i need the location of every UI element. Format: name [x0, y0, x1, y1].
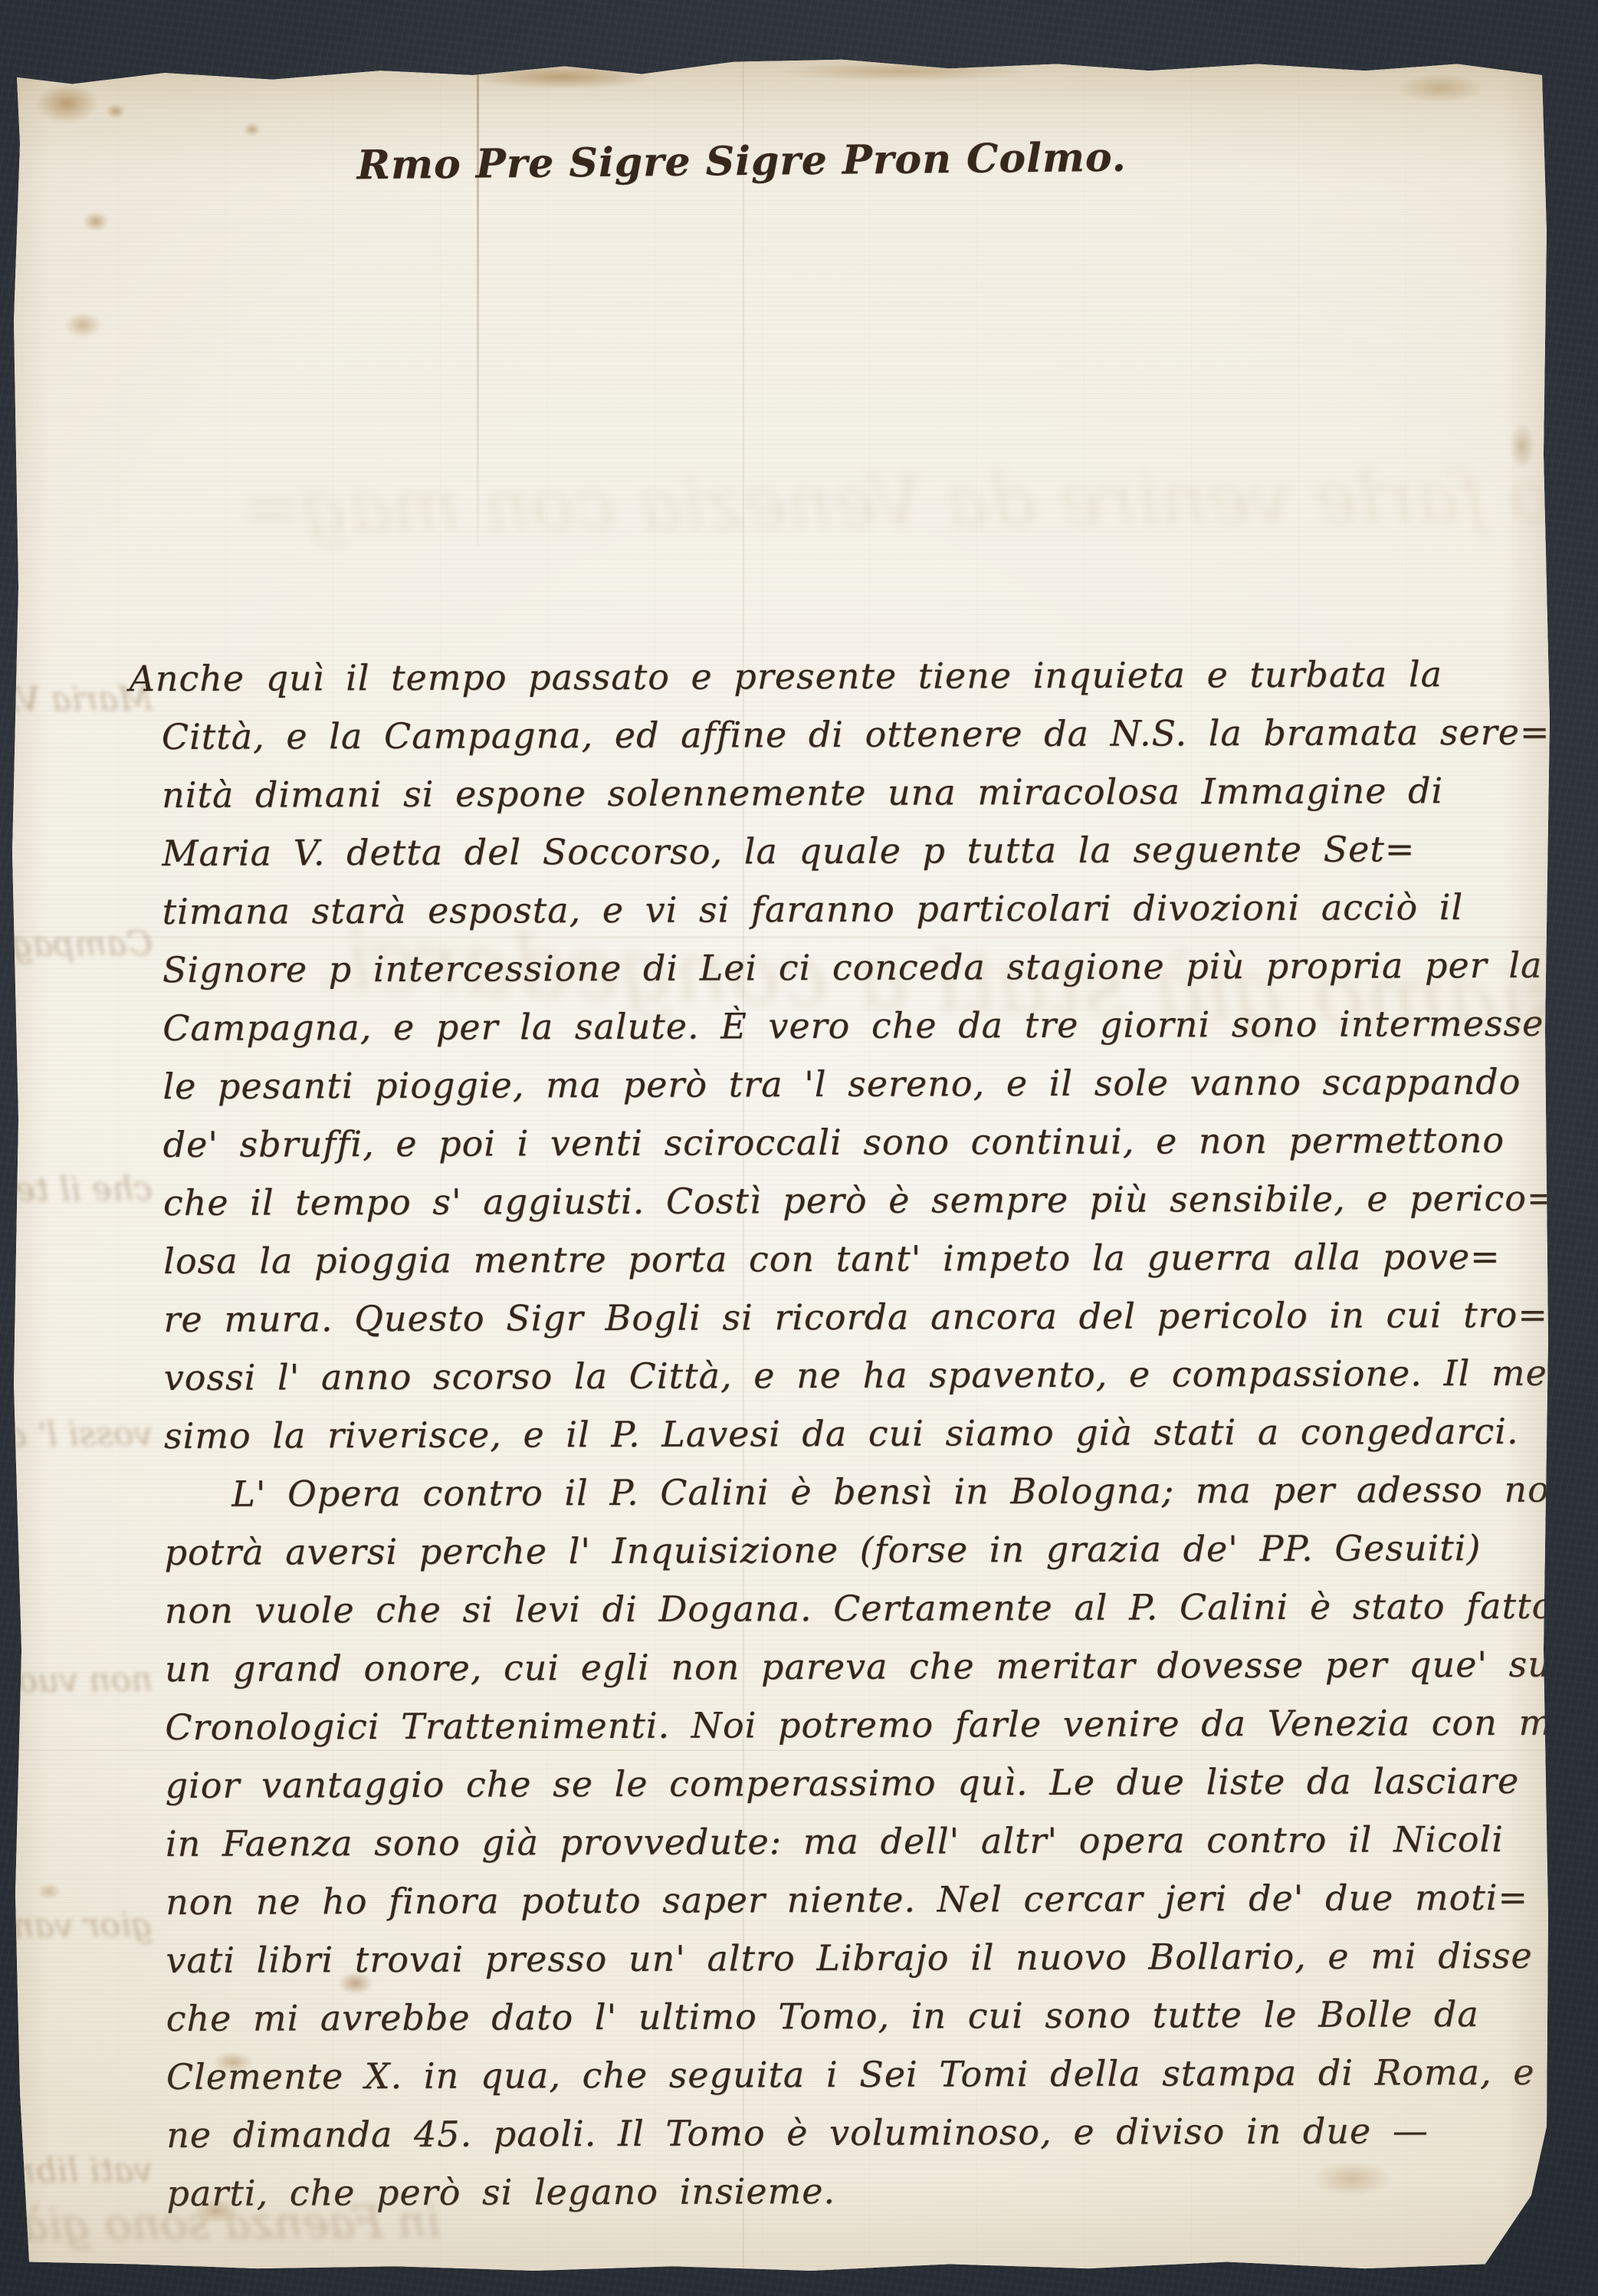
manuscript-page: Maria V. detta del Soccorso, la quale p …: [11, 55, 1550, 2271]
letter-line: che mi avrebbe dato l' ultimo Tomo, in c…: [166, 1985, 1523, 2048]
foxing-stain: [440, 60, 685, 94]
letter-line: potrà aversi perche l' Inquisizione (for…: [164, 1519, 1521, 1582]
foxing-stain: [1383, 69, 1498, 107]
letter-line: Clemente X. in qua, che seguita i Sei To…: [166, 2043, 1523, 2106]
foxing-stain: [34, 1880, 64, 1903]
foxing-stain: [739, 58, 1068, 84]
letter-line: ne dimanda 45. paoli. Il Tomo è volumino…: [166, 2101, 1523, 2164]
foxing-stain: [25, 77, 109, 130]
letter-line: un grand onore, cui egli non pareva che …: [165, 1635, 1521, 1698]
letter-line: Cronologici Trattenimenti. Noi potremo f…: [165, 1693, 1521, 1756]
letter-line: re mura. Questo Sigr Bogli si ricorda an…: [163, 1286, 1520, 1348]
letter-line: Campagna, e per la salute. È vero che da…: [162, 994, 1519, 1057]
letter-line: in Faenza sono già provvedute: ma dell' …: [166, 1810, 1522, 1873]
foxing-stain: [58, 308, 107, 342]
letter-line: le pesanti pioggie, ma però tra 'l seren…: [162, 1053, 1519, 1115]
letter-line: Maria V. detta del Soccorso, la quale p …: [162, 820, 1518, 882]
letter-body: Anche quì il tempo passato e presente ti…: [115, 645, 1523, 2222]
letter-line: Signore p intercessione di Lei ci conced…: [162, 936, 1519, 999]
foxing-stain: [78, 209, 113, 235]
letter-line: simo la riverisce, e il P. Lavesi da cui…: [164, 1402, 1521, 1465]
foxing-stain: [103, 101, 129, 121]
letter-line: nità dimani si espone solennemente una m…: [162, 761, 1518, 824]
letter-line: L' Opera contro il P. Calini è bensì in …: [231, 1460, 1521, 1523]
letter-line: vossi l' anno scorso la Città, e ne ha s…: [164, 1344, 1521, 1407]
letter-line: vati libri trovai presso un' altro Libra…: [166, 1926, 1522, 1989]
letter-line: parti, che però si legano insieme.: [166, 2160, 1523, 2222]
letter-line: che il tempo s' aggiusti. Costì però è s…: [163, 1169, 1520, 1232]
letter-line: Anche quì il tempo passato e presente ti…: [129, 645, 1518, 708]
photo-backdrop: Maria V. detta del Soccorso, la quale p …: [0, 0, 1598, 2296]
letter-line: timana starà esposta, e vi si faranno pa…: [162, 878, 1518, 941]
letter-line: non ne ho finora potuto saper niente. Ne…: [166, 1868, 1522, 1931]
letter-line: gior vantaggio che se le comperassimo qu…: [165, 1752, 1521, 1815]
letter-line: non vuole che si levi di Dogana. Certame…: [165, 1577, 1521, 1640]
letter-line: de' sbruffi, e poi i venti sciroccali so…: [163, 1111, 1520, 1174]
salutation: Rmo Pre Sigre Sigre Pron Colmo.: [356, 134, 1127, 189]
verso-showthrough: Cronologici Trattenimenti. Noi potremo f…: [241, 442, 1550, 550]
letter-line: losa la pioggia mentre porta con tant' i…: [163, 1227, 1520, 1290]
letter-line: Città, e la Campagna, ed affine di otten…: [162, 703, 1518, 766]
paper-crease: [477, 55, 479, 546]
foxing-stain: [241, 120, 264, 139]
foxing-stain: [1505, 416, 1539, 477]
